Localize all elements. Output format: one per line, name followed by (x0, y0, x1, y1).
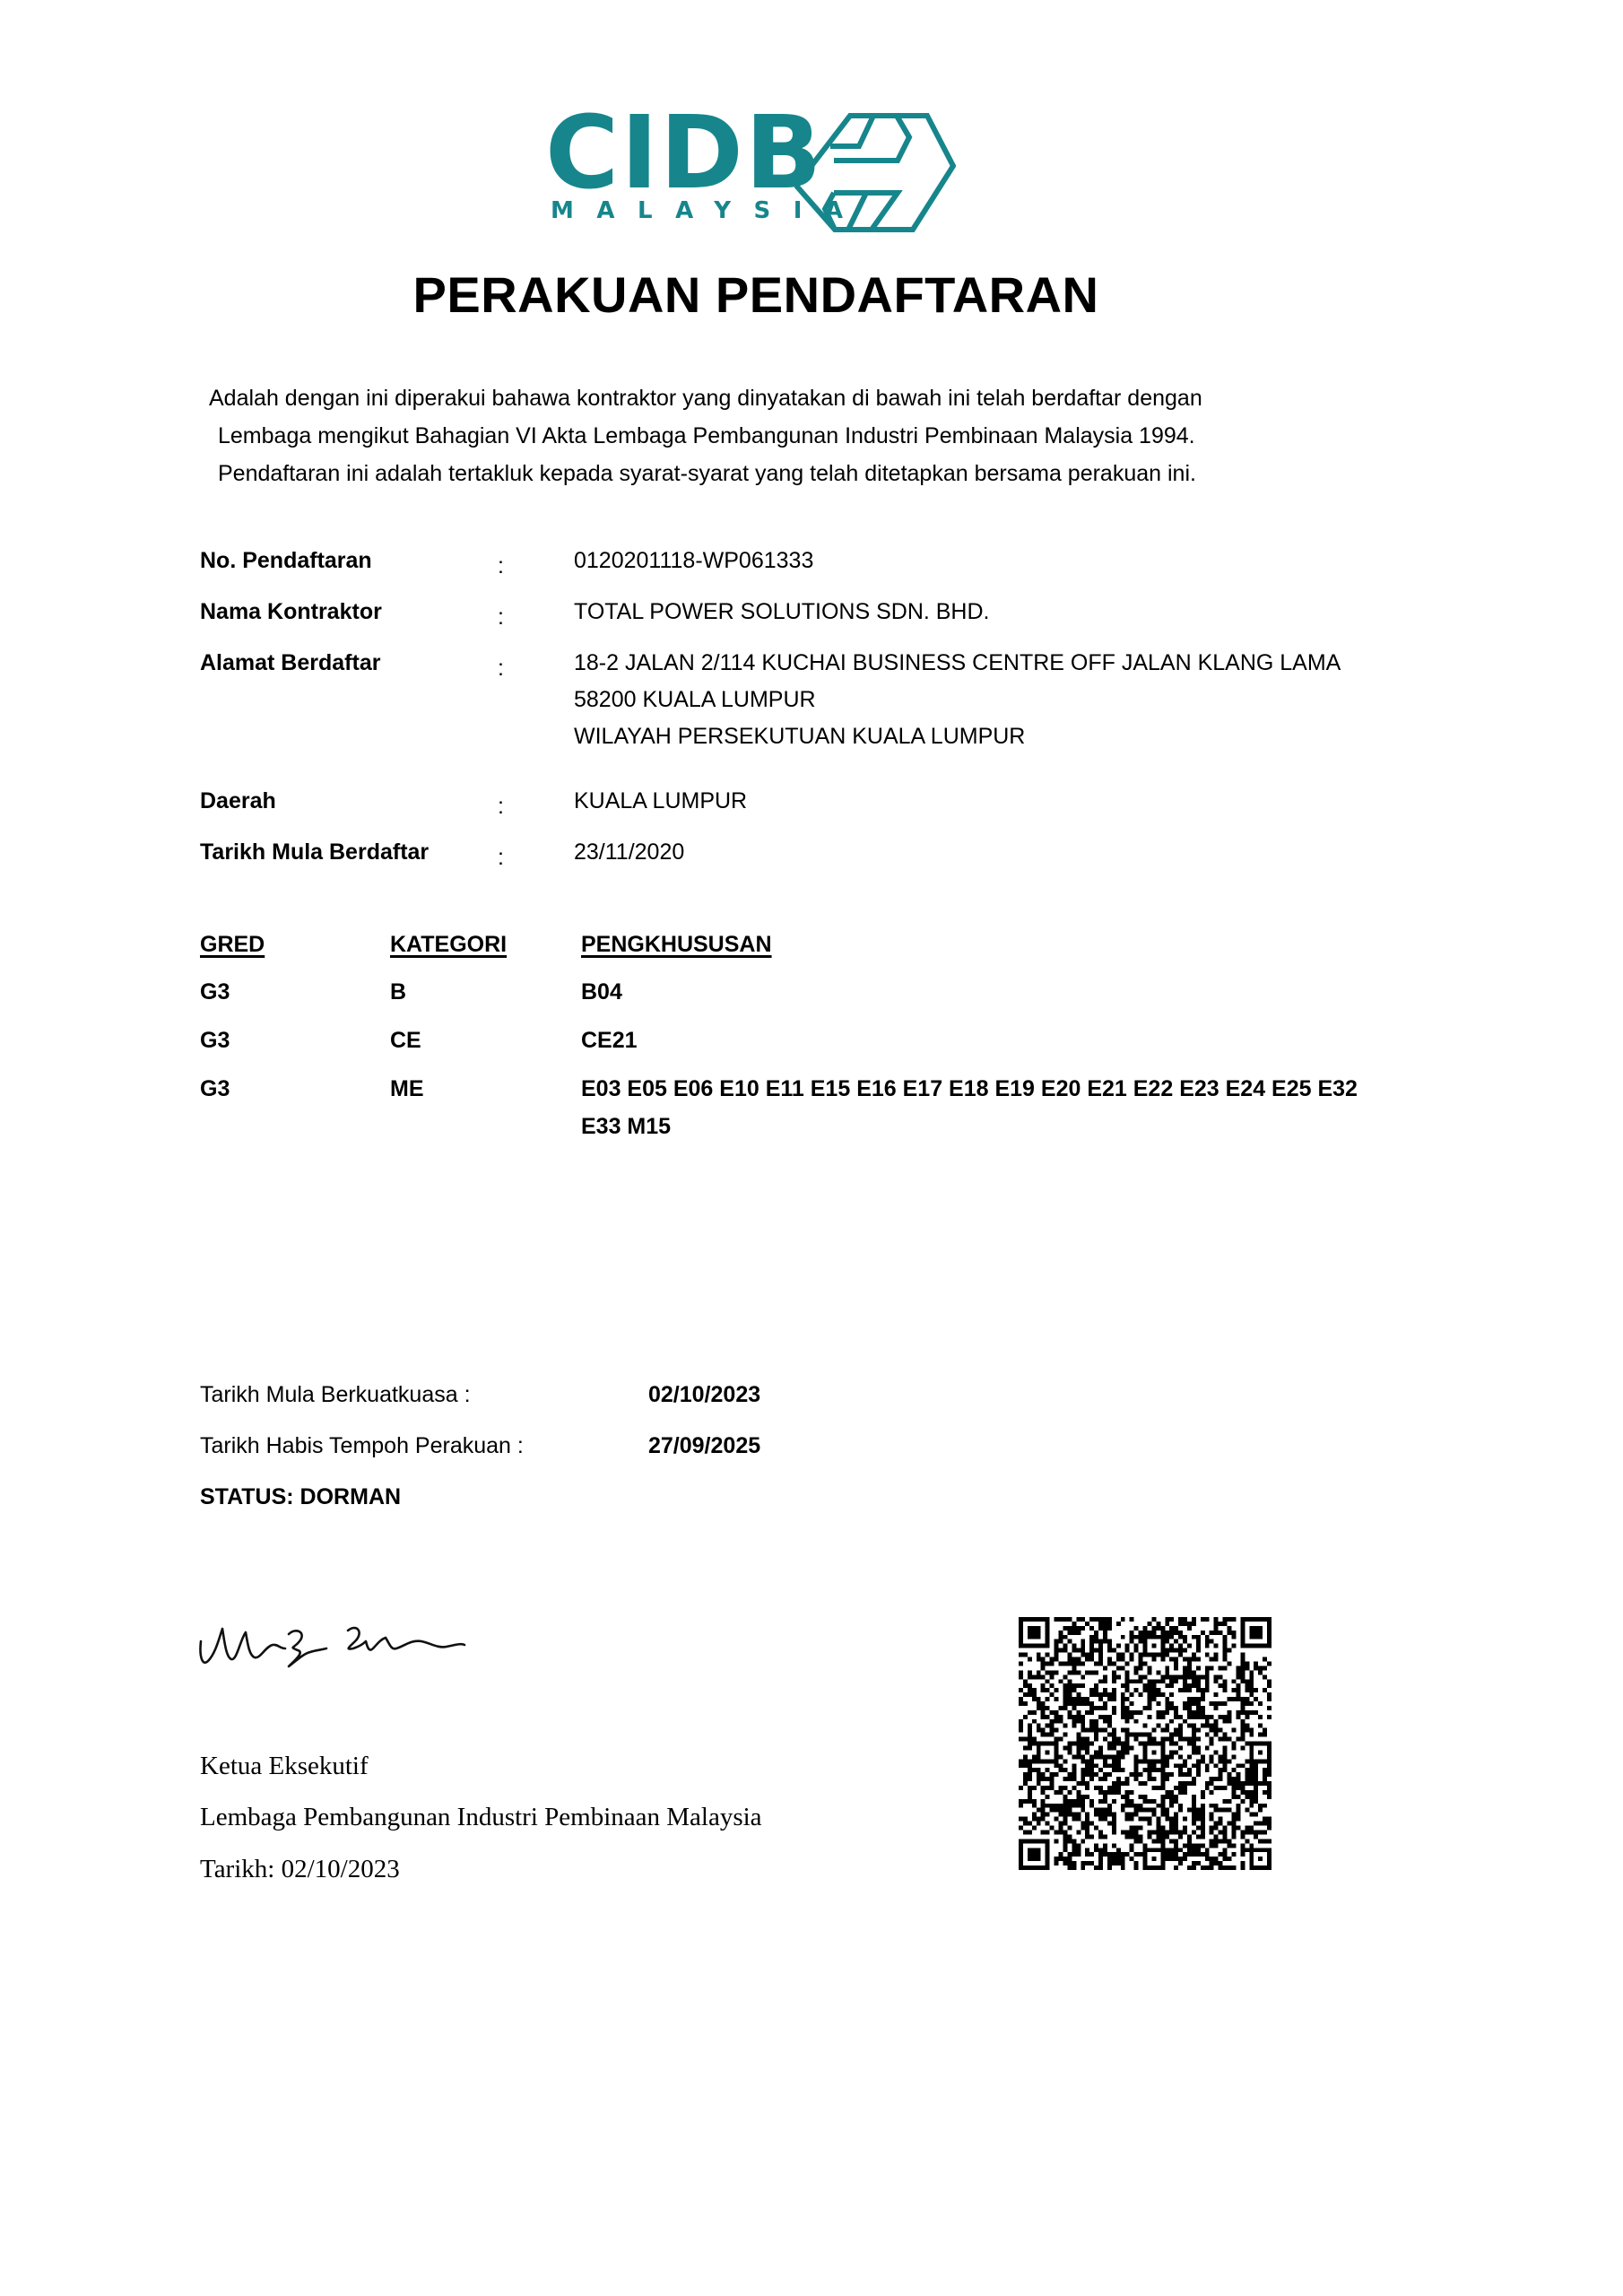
logo-wordmark: CIDB (545, 103, 823, 204)
header-grade: GRED (200, 934, 265, 956)
expiry-date-label: Tarikh Habis Tempoh Perakuan : (200, 1435, 524, 1457)
colon-separator: : (498, 796, 504, 818)
cidb-logo: CIDB MALAYSIA (545, 112, 967, 238)
intro-line-3: Pendaftaran ini adalah tertakluk kepada … (218, 463, 1196, 485)
registered-since-value: 23/11/2020 (574, 841, 684, 864)
row-3-grade: G3 (200, 1078, 230, 1100)
row-3-specialization-line-1: E03 E05 E06 E10 E11 E15 E16 E17 E18 E19 … (581, 1078, 1358, 1100)
row-3-category: ME (390, 1078, 424, 1100)
signatory-date: Tarikh: 02/10/2023 (200, 1857, 400, 1883)
row-2-category: CE (390, 1030, 421, 1052)
effective-date-label: Tarikh Mula Berkuatkuasa : (200, 1384, 471, 1406)
address-line-2: 58200 KUALA LUMPUR (574, 689, 816, 711)
registered-since-label: Tarikh Mula Berdaftar (200, 841, 429, 864)
row-1-specialization: B04 (581, 981, 622, 1004)
colon-separator: : (498, 606, 504, 629)
registration-no-value: 0120201118-WP061333 (574, 550, 813, 572)
row-2-grade: G3 (200, 1030, 230, 1052)
status-badge: STATUS: DORMAN (200, 1486, 401, 1509)
signatory-organization: Lembaga Pembangunan Industri Pembinaan M… (200, 1805, 762, 1831)
district-value: KUALA LUMPUR (574, 790, 747, 813)
handwritten-signature-icon (195, 1622, 473, 1684)
row-1-category: B (390, 981, 406, 1004)
row-3-specialization-line-2: E33 M15 (581, 1116, 671, 1138)
district-label: Daerah (200, 790, 276, 813)
intro-line-1: Adalah dengan ini diperakui bahawa kontr… (209, 387, 1202, 410)
header-category: KATEGORI (390, 934, 507, 956)
expiry-date-value: 27/09/2025 (648, 1435, 760, 1457)
header-specialization: PENGKHUSUSAN (581, 934, 772, 956)
address-label: Alamat Berdaftar (200, 652, 380, 674)
certificate-title: PERAKUAN PENDAFTARAN (0, 265, 1512, 324)
address-line-3: WILAYAH PERSEKUTUAN KUALA LUMPUR (574, 726, 1025, 748)
colon-separator: : (498, 555, 504, 578)
colon-separator: : (498, 847, 504, 869)
registration-no-label: No. Pendaftaran (200, 550, 372, 572)
row-1-grade: G3 (200, 981, 230, 1004)
address-line-1: 18-2 JALAN 2/114 KUCHAI BUSINESS CENTRE … (574, 652, 1341, 674)
signatory-position: Ketua Eksekutif (200, 1753, 369, 1779)
contractor-name-label: Nama Kontraktor (200, 601, 382, 623)
effective-date-value: 02/10/2023 (648, 1384, 760, 1406)
row-2-specialization: CE21 (581, 1030, 638, 1052)
colon-separator: : (498, 657, 504, 680)
cidb-hexagon-mark-icon (794, 112, 956, 233)
contractor-name-value: TOTAL POWER SOLUTIONS SDN. BHD. (574, 601, 990, 623)
intro-line-2: Lembaga mengikut Bahagian VI Akta Lembag… (218, 425, 1195, 448)
qr-code-icon (1019, 1617, 1271, 1870)
